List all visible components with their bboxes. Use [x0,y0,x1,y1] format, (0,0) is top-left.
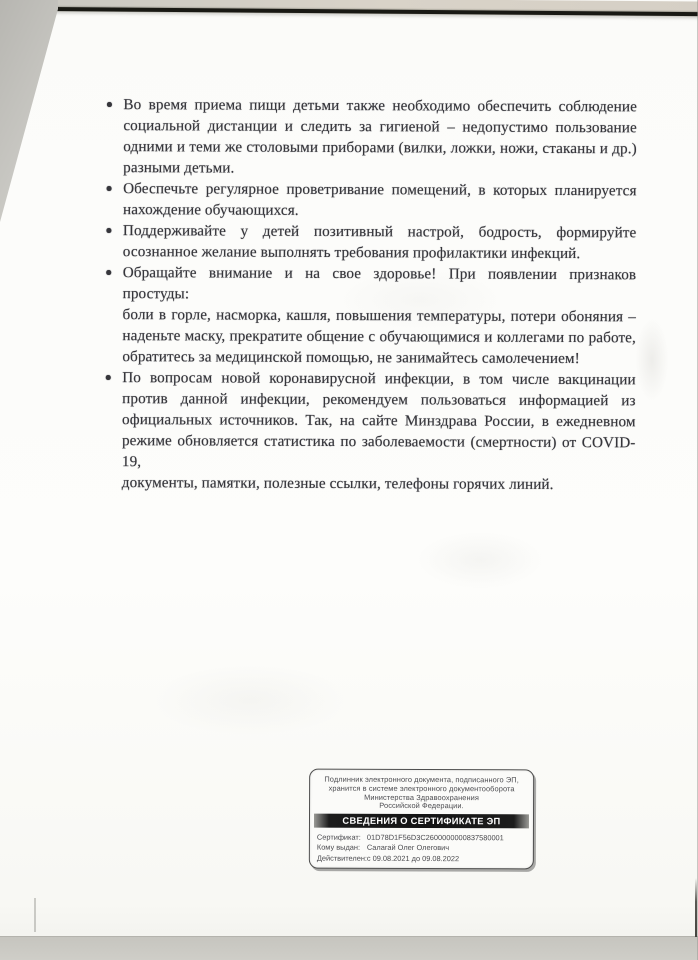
stamp-header-line: Российской Федерации. [310,802,533,812]
text-line: боли в горле, насморка, кашля, повышения… [122,304,636,327]
bullet-icon [107,186,112,191]
text-line: социальной дистанции и следить за гигиен… [123,115,637,138]
scanned-page: Во время приема пищи детьми также необхо… [0,0,698,960]
stamp-header-text: Подлинник электронного документа, подпис… [310,776,533,812]
text-line: Обеспечьте регулярное проветривание поме… [123,178,637,201]
stamp-title-bar: СВЕДЕНИЯ О СЕРТИФИКАТЕ ЭП [314,814,529,829]
signature-stamp: Подлинник электронного документа, подпис… [309,769,534,870]
bullet-point: Поддерживайте у детей позитивный настрой… [103,220,636,264]
bullet-point: По вопросам новой коронавирусной инфекци… [102,367,636,495]
bullet-point: Во время приема пищи детьми также необхо… [104,94,637,180]
text-line: нахождение обучающихся. [123,199,637,222]
text-line: Во время приема пищи детьми также необхо… [123,94,637,117]
stamp-field-label: Сертификат: [317,833,367,843]
stamp-field-value: с 09.08.2021 до 09.08.2022 [367,853,459,862]
text-line: наденьте маску, прекратите общение с обу… [122,325,636,348]
text-line: обратитесь за медицинской помощью, не за… [122,346,636,369]
text-line: одними и теми же столовыми приборами (ви… [123,136,637,159]
paper-crease [34,898,36,932]
text-line: осознанное желание выполнять требования … [123,241,637,264]
stamp-field-row: Кому выдан:Салагай Олег Олегович [317,843,533,854]
bullet-icon [107,102,112,107]
text-line: Поддерживайте у детей позитивный настрой… [123,220,637,243]
text-line: документы, памятки, полезные ссылки, тел… [122,472,636,495]
stamp-field-row: Действителен:с 09.08.2021 до 09.08.2022 [317,853,533,864]
text-line: против данной инфекции, рекомендуем поль… [122,388,636,411]
stamp-field-value: 01D78D1F56D3C2600000000837580001 [367,833,504,842]
document-body-text: Во время приема пищи детьми также необхо… [102,94,637,495]
bullet-icon [106,270,111,275]
bullet-icon [106,375,111,380]
text-line: официальных источников. Так, на сайте Ми… [122,409,636,432]
stamp-field-row: Сертификат:01D78D1F56D3C2600000000837580… [317,833,533,844]
stamp-field-label: Действителен: [317,853,367,863]
text-line: режиме обновляется статистика по заболев… [122,430,636,474]
scanner-corner [0,0,60,224]
page-right-edge-shadow [695,878,698,937]
text-line: Обращайте внимание и на свое здоровье! П… [123,262,637,306]
bullet-point: Обеспечьте регулярное проветривание поме… [103,178,636,222]
stamp-fields: Сертификат:01D78D1F56D3C2600000000837580… [317,833,533,864]
bullet-point: Обращайте внимание и на свое здоровье! П… [103,262,636,369]
stamp-field-value: Салагай Олег Олегович [367,843,449,852]
stamp-field-label: Кому выдан: [317,843,367,853]
scanner-bottom-band [0,936,698,960]
text-line: По вопросам новой коронавирусной инфекци… [122,367,636,390]
text-line: разными детьми. [123,157,637,180]
bullet-icon [106,228,111,233]
